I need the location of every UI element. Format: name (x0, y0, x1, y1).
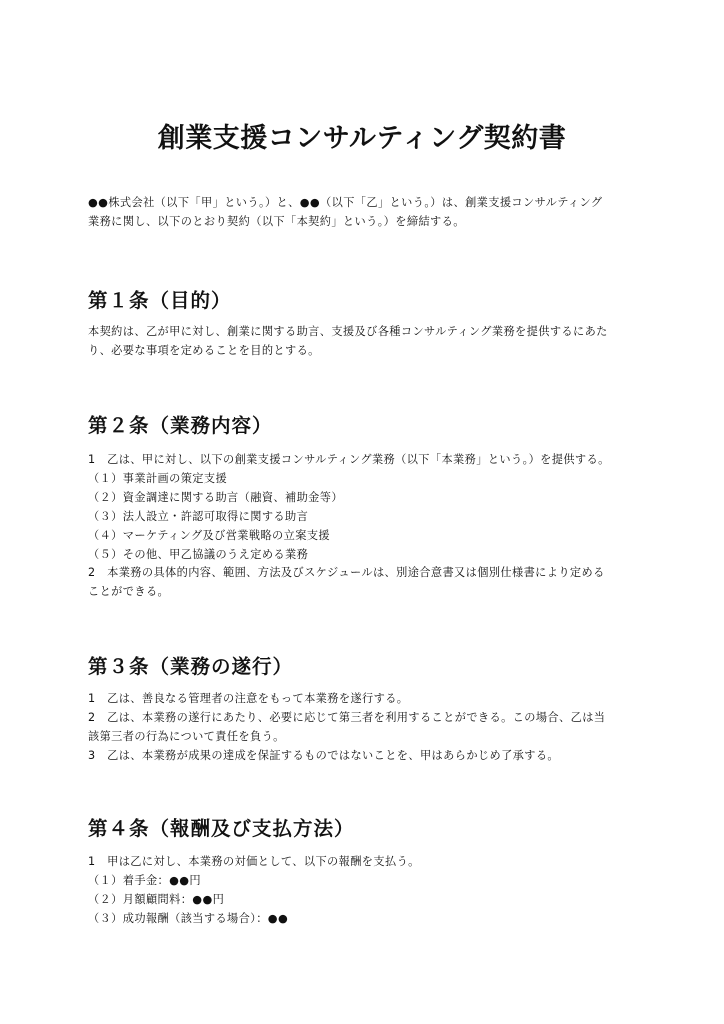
article-line: 1 甲は乙に対し、本業務の対価として、以下の報酬を支払う。 (88, 852, 648, 871)
article-list-item: （４）マーケティング及び営業戦略の立案支援 (88, 526, 668, 545)
article-line: 2 乙は、本業務の遂行にあたり、必要に応じて第三者を利用することができる。この場… (88, 708, 648, 727)
preamble-line: 業務に関し、以下のとおり契約（以下「本契約」という。）を締結する。 (88, 212, 648, 231)
document-title: 創業支援コンサルティング契約書 (0, 116, 724, 155)
article-line: 3 乙は、本業務が成果の達成を保証するものではないことを、甲はあらかじめ了承する… (88, 746, 648, 765)
article-line: 1 乙は、善良なる管理者の注意をもって本業務を遂行する。 (88, 689, 648, 708)
article-list-item: （５）その他、甲乙協議のうえ定める業務 (88, 545, 668, 564)
article-2-clause-2: 2 本業務の具体的内容、範囲、方法及びスケジュールは、別途合意書又は個別仕様書に… (88, 563, 648, 601)
article-line: 2 本業務の具体的内容、範囲、方法及びスケジュールは、別途合意書又は個別仕様書に… (88, 563, 648, 582)
article-2-body: 1 乙は、甲に対し、以下の創業支援コンサルティング業務（以下「本業務」という。）… (88, 450, 668, 564)
preamble: ●●株式会社（以下「甲」という。）と、●●（以下「乙」という。）は、創業支援コン… (88, 193, 648, 231)
article-3-heading: 第３条（業務の遂行） (88, 651, 293, 679)
article-1-heading: 第１条（目的） (88, 285, 232, 313)
preamble-line: ●●株式会社（以下「甲」という。）と、●●（以下「乙」という。）は、創業支援コン… (88, 193, 648, 212)
article-line: 該第三者の行為について責任を負う。 (88, 727, 648, 746)
article-list-item: （２）資金調達に関する助言（融資、補助金等） (88, 488, 668, 507)
document-page: 創業支援コンサルティング契約書 ●●株式会社（以下「甲」という。）と、●●（以下… (0, 0, 724, 1024)
article-4-heading: 第４条（報酬及び支払方法） (88, 813, 355, 841)
article-3-body: 1 乙は、善良なる管理者の注意をもって本業務を遂行する。 2 乙は、本業務の遂行… (88, 689, 648, 765)
article-list-item: （１）事業計画の策定支援 (88, 469, 668, 488)
article-line: 1 乙は、甲に対し、以下の創業支援コンサルティング業務（以下「本業務」という。）… (88, 450, 668, 469)
article-list-item: （１）着手金：●●円 (88, 871, 648, 890)
article-1-body: 本契約は、乙が甲に対し、創業に関する助言、支援及び各種コンサルティング業務を提供… (88, 322, 648, 360)
article-line: 本契約は、乙が甲に対し、創業に関する助言、支援及び各種コンサルティング業務を提供… (88, 322, 648, 341)
article-2-heading: 第２条（業務内容） (88, 410, 273, 438)
article-line: ことができる。 (88, 582, 648, 601)
article-list-item: （３）成功報酬（該当する場合）：●● (88, 909, 648, 928)
article-list-item: （３）法人設立・許認可取得に関する助言 (88, 507, 668, 526)
article-4-body: 1 甲は乙に対し、本業務の対価として、以下の報酬を支払う。 （１）着手金：●●円… (88, 852, 648, 928)
article-list-item: （２）月額顧問料：●●円 (88, 890, 648, 909)
article-line: り、必要な事項を定めることを目的とする。 (88, 341, 648, 360)
